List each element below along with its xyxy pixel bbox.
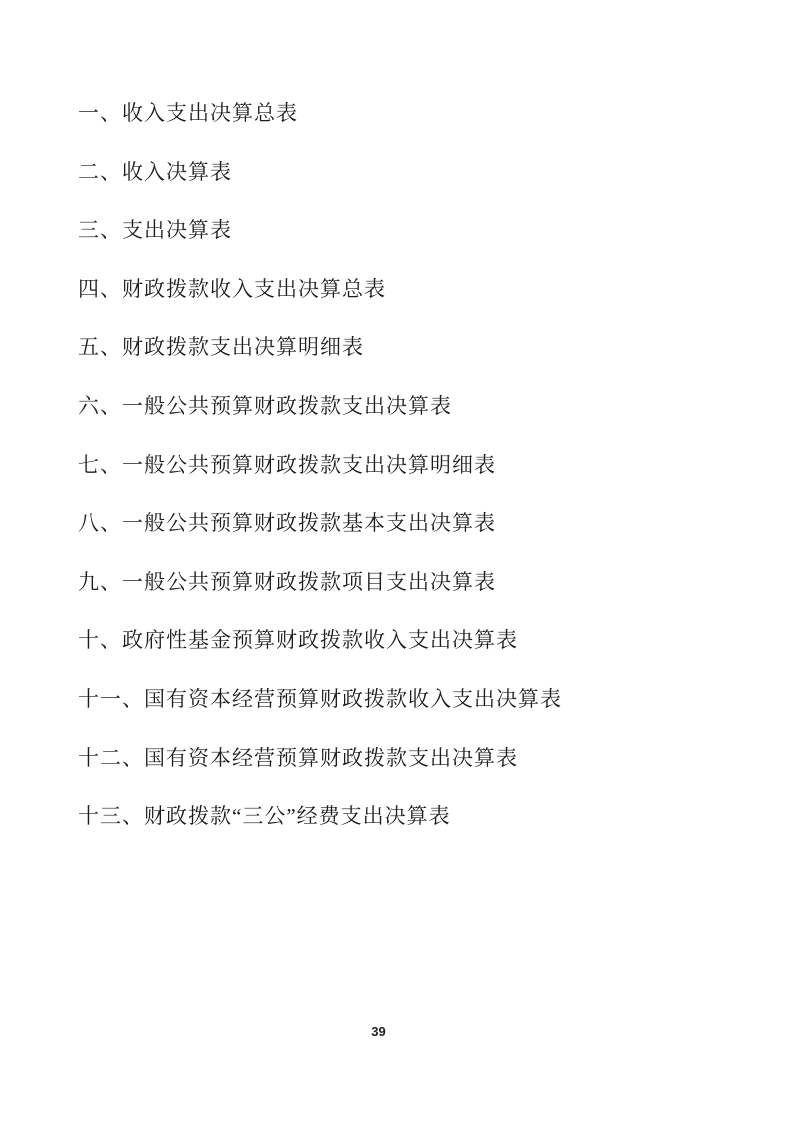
toc-item: 十三、财政拨款“三公”经费支出决算表 [78, 802, 753, 861]
toc-item: 六、一般公共预算财政拨款支出决算表 [78, 392, 753, 451]
toc-item: 四、财政拨款收入支出决算总表 [78, 275, 753, 334]
toc-item: 九、一般公共预算财政拨款项目支出决算表 [78, 568, 753, 627]
toc-item: 三、支出决算表 [78, 216, 753, 275]
toc-item: 十、政府性基金预算财政拨款收入支出决算表 [78, 626, 753, 685]
document-page: 一、收入支出决算总表 二、收入决算表 三、支出决算表 四、财政拨款收入支出决算总… [0, 0, 793, 1122]
toc-item: 八、一般公共预算财政拨款基本支出决算表 [78, 509, 753, 568]
toc-item: 十二、国有资本经营预算财政拨款支出决算表 [78, 744, 753, 803]
toc-item: 五、财政拨款支出决算明细表 [78, 333, 753, 392]
page-number: 39 [0, 1024, 757, 1039]
toc-item: 十一、国有资本经营预算财政拨款收入支出决算表 [78, 685, 753, 744]
toc-item: 七、一般公共预算财政拨款支出决算明细表 [78, 451, 753, 510]
toc-list: 一、收入支出决算总表 二、收入决算表 三、支出决算表 四、财政拨款收入支出决算总… [78, 99, 753, 861]
toc-item: 二、收入决算表 [78, 158, 753, 217]
toc-item: 一、收入支出决算总表 [78, 99, 753, 158]
